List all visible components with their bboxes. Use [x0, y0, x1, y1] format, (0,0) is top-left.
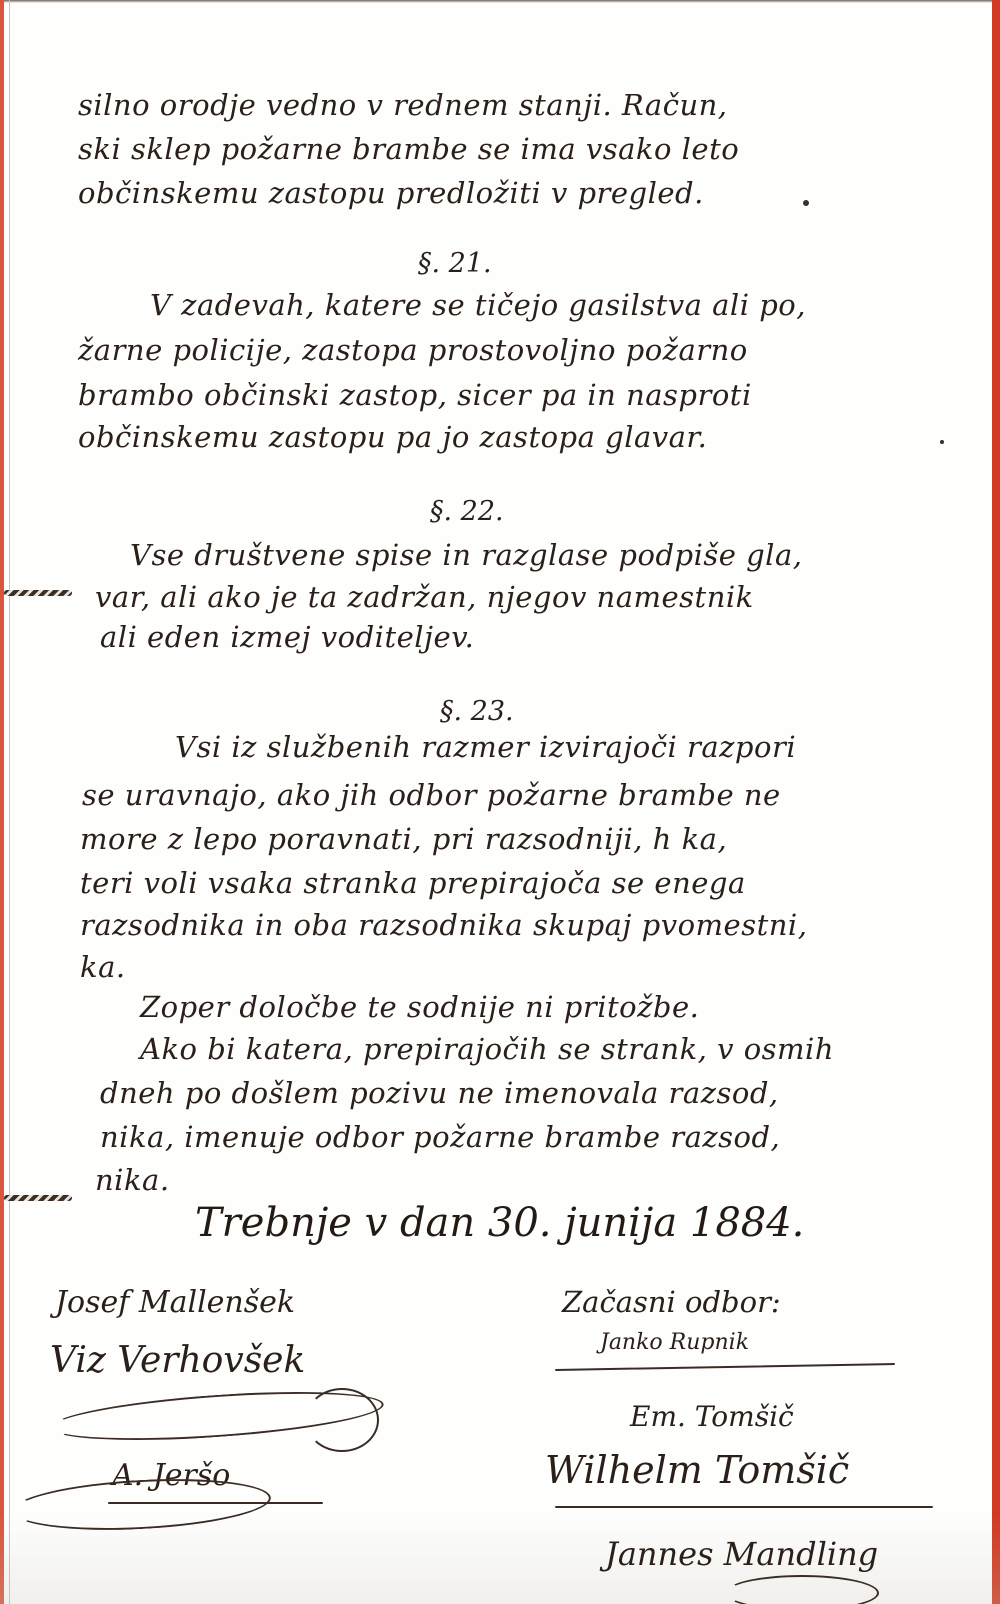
text-line: žarne policije, zastopa prostovoljno pož…	[78, 333, 748, 367]
binding-string-marker	[4, 590, 72, 596]
text-line: teri voli vsaka stranka prepirajoča se e…	[80, 866, 746, 900]
text-line: Ako bi katera, prepirajočih se strank, v…	[140, 1032, 834, 1066]
text-line: var, ali ako je ta zadržan, njegov names…	[95, 580, 754, 614]
right-red-border	[992, 0, 1000, 1604]
signature-flourish	[725, 1575, 879, 1604]
signature-wilhelm-tomsic: Wilhelm Tomšič	[545, 1448, 849, 1492]
signature-mallensek: Josef Mallenšek	[55, 1285, 295, 1320]
text-line: V zadevah, katere se tičejo gasilstva al…	[150, 288, 806, 322]
section-heading-21: §. 21.	[418, 248, 492, 279]
text-line: more z lepo poravnati, pri razsodniji, h…	[80, 822, 727, 856]
signature-em-tomsic: Em. Tomšič	[630, 1400, 794, 1433]
dateline: Trebnje v dan 30. junija 1884.	[195, 1200, 804, 1246]
signature-underline	[108, 1502, 323, 1504]
ink-speck	[940, 440, 944, 444]
binding-string-marker	[4, 1195, 72, 1201]
text-line: brambo občinski zastop, sicer pa in nasp…	[78, 378, 752, 412]
text-line: razsodnika in oba razsodnika skupaj pvom…	[80, 908, 807, 942]
top-edge	[0, 0, 1000, 3]
signature-verhovsek: Viz Verhovšek	[50, 1340, 305, 1381]
committee-heading: Začasni odbor:	[562, 1285, 781, 1319]
text-line: nika.	[95, 1163, 170, 1197]
left-red-border	[0, 0, 4, 1604]
signature-underline	[555, 1363, 895, 1371]
signature-mandling: Jannes Mandling	[605, 1535, 878, 1573]
signature-flourish	[305, 1388, 379, 1452]
section-heading-22: §. 22.	[430, 496, 504, 527]
text-line: se uravnajo, ako jih odbor požarne bramb…	[82, 778, 781, 812]
section-heading-23: §. 23.	[440, 696, 514, 727]
text-line: Vsi iz službenih razmer izvirajoči razpo…	[175, 730, 796, 764]
text-line: dneh po došlem pozivu ne imenovala razso…	[100, 1076, 779, 1110]
text-line: ski sklep požarne brambe se ima vsako le…	[78, 132, 739, 166]
text-line: silno orodje vedno v rednem stanji. Raču…	[78, 88, 728, 122]
signature-underline	[555, 1506, 933, 1508]
signature-rupnik: Janko Rupnik	[600, 1330, 749, 1355]
text-line: Zoper določbe te sodnije ni pritožbe.	[140, 990, 699, 1024]
text-line: Vse društvene spise in razglase podpiše …	[130, 538, 802, 572]
text-line: nika, imenuje odbor požarne brambe razso…	[100, 1120, 780, 1154]
left-margin-rule	[9, 0, 10, 1604]
ink-speck	[803, 200, 809, 206]
text-line: ali eden izmej voditeljev.	[100, 620, 474, 654]
text-line: občinskemu zastopu pa jo zastopa glavar.	[78, 420, 707, 454]
document-page: silno orodje vedno v rednem stanji. Raču…	[0, 0, 1000, 1604]
text-line: ka.	[80, 950, 126, 984]
text-line: občinskemu zastopu predložiti v pregled.	[78, 176, 704, 210]
